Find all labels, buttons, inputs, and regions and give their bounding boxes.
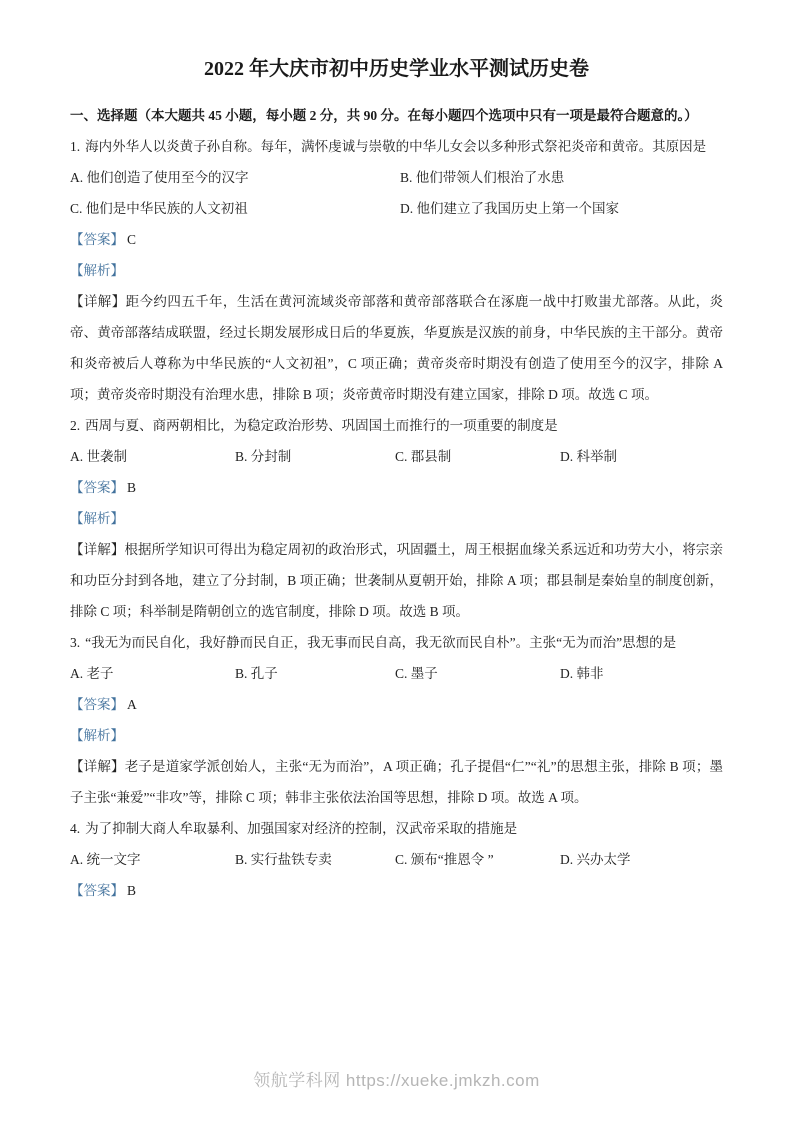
question-text: “我无为而民自化，我好静而民自正，我无事而民自高，我无欲而民自朴”。主张“无为而… — [85, 635, 676, 650]
page-title: 2022 年大庆市初中历史学业水平测试历史卷 — [70, 54, 723, 84]
answer-line: 【答案】A — [70, 689, 723, 720]
exam-paper-page: 2022 年大庆市初中历史学业水平测试历史卷 一、选择题（本大题共 45 小题，… — [0, 0, 793, 1122]
analysis-label: 【解析】 — [70, 255, 723, 286]
detail-text: 距今约四五千年，生活在黄河流域炎帝部落和黄帝部落联合在涿鹿一战中打败蚩尤部落。从… — [70, 294, 723, 402]
option-d: D. 韩非 — [560, 658, 723, 689]
question-block-3: 3.“我无为而民自化，我好静而民自正，我无事而民自高，我无欲而民自朴”。主张“无… — [70, 627, 723, 813]
answer-line: 【答案】B — [70, 472, 723, 503]
question-stem: 2.西周与夏、商两朝相比，为稳定政治形势、巩固国土而推行的一项重要的制度是 — [70, 410, 723, 441]
analysis-label: 【解析】 — [70, 503, 723, 534]
option-d: D. 科举制 — [560, 441, 723, 472]
detail-label: 【详解】 — [70, 759, 125, 774]
answer-line: 【答案】C — [70, 224, 723, 255]
question-text: 海内外华人以炎黄子孙自称。每年，满怀虔诚与崇敬的中华儿女会以多种形式祭祀炎帝和黄… — [85, 139, 706, 154]
section-heading: 一、选择题（本大题共 45 小题，每小题 2 分，共 90 分。在每小题四个选项… — [70, 100, 723, 131]
question-text: 为了抑制大商人牟取暴利、加强国家对经济的控制，汉武帝采取的措施是 — [85, 821, 517, 836]
options-grid: A. 统一文字 B. 实行盐铁专卖 C. 颁布“推恩令 ” D. 兴办太学 — [70, 844, 723, 875]
question-block-2: 2.西周与夏、商两朝相比，为稳定政治形势、巩固国土而推行的一项重要的制度是 A.… — [70, 410, 723, 627]
question-stem: 3.“我无为而民自化，我好静而民自正，我无事而民自高，我无欲而民自朴”。主张“无… — [70, 627, 723, 658]
question-number: 3. — [70, 635, 80, 650]
option-d: D. 他们建立了我国历史上第一个国家 — [400, 193, 723, 224]
question-number: 1. — [70, 139, 80, 154]
options-grid: A. 他们创造了使用至今的汉字 B. 他们带领人们根治了水患 C. 他们是中华民… — [70, 162, 723, 224]
question-text: 西周与夏、商两朝相比，为稳定政治形势、巩固国土而推行的一项重要的制度是 — [85, 418, 558, 433]
option-c: C. 颁布“推恩令 ” — [395, 844, 560, 875]
option-b: B. 孔子 — [235, 658, 395, 689]
answer-value: B — [127, 480, 136, 495]
option-d: D. 兴办太学 — [560, 844, 723, 875]
answer-label: 【答案】 — [70, 883, 124, 898]
question-block-1: 1.海内外华人以炎黄子孙自称。每年，满怀虔诚与崇敬的中华儿女会以多种形式祭祀炎帝… — [70, 131, 723, 410]
option-a: A. 世袭制 — [70, 441, 235, 472]
answer-label: 【答案】 — [70, 232, 124, 247]
site-watermark: 领航学科网 https://xueke.jmkzh.com — [0, 1066, 793, 1091]
options-grid: A. 老子 B. 孔子 C. 墨子 D. 韩非 — [70, 658, 723, 689]
question-block-4: 4.为了抑制大商人牟取暴利、加强国家对经济的控制，汉武帝采取的措施是 A. 统一… — [70, 813, 723, 906]
answer-value: C — [127, 232, 136, 247]
option-c: C. 他们是中华民族的人文初祖 — [70, 193, 400, 224]
option-a: A. 统一文字 — [70, 844, 235, 875]
option-b: B. 他们带领人们根治了水患 — [400, 162, 723, 193]
answer-value: B — [127, 883, 136, 898]
question-stem: 1.海内外华人以炎黄子孙自称。每年，满怀虔诚与崇敬的中华儿女会以多种形式祭祀炎帝… — [70, 131, 723, 162]
answer-value: A — [127, 697, 137, 712]
question-number: 2. — [70, 418, 80, 433]
detail-label: 【详解】 — [70, 294, 126, 309]
detail-text: 根据所学知识可得出为稳定周初的政治形式，巩固疆土，周王根据血缘关系远近和功劳大小… — [70, 542, 723, 619]
detail-paragraph: 【详解】距今约四五千年，生活在黄河流域炎帝部落和黄帝部落联合在涿鹿一战中打败蚩尤… — [70, 286, 723, 410]
question-stem: 4.为了抑制大商人牟取暴利、加强国家对经济的控制，汉武帝采取的措施是 — [70, 813, 723, 844]
option-c: C. 郡县制 — [395, 441, 560, 472]
option-a: A. 老子 — [70, 658, 235, 689]
option-c: C. 墨子 — [395, 658, 560, 689]
options-grid: A. 世袭制 B. 分封制 C. 郡县制 D. 科举制 — [70, 441, 723, 472]
option-b: B. 实行盐铁专卖 — [235, 844, 395, 875]
analysis-label: 【解析】 — [70, 720, 723, 751]
question-number: 4. — [70, 821, 80, 836]
detail-text: 老子是道家学派创始人，主张“无为而治”，A 项正确；孔子提倡“仁”“礼”的思想主… — [70, 759, 723, 805]
option-b: B. 分封制 — [235, 441, 395, 472]
option-a: A. 他们创造了使用至今的汉字 — [70, 162, 400, 193]
detail-paragraph: 【详解】根据所学知识可得出为稳定周初的政治形式，巩固疆土，周王根据血缘关系远近和… — [70, 534, 723, 627]
answer-label: 【答案】 — [70, 480, 124, 495]
answer-label: 【答案】 — [70, 697, 124, 712]
answer-line: 【答案】B — [70, 875, 723, 906]
detail-label: 【详解】 — [70, 542, 124, 557]
detail-paragraph: 【详解】老子是道家学派创始人，主张“无为而治”，A 项正确；孔子提倡“仁”“礼”… — [70, 751, 723, 813]
